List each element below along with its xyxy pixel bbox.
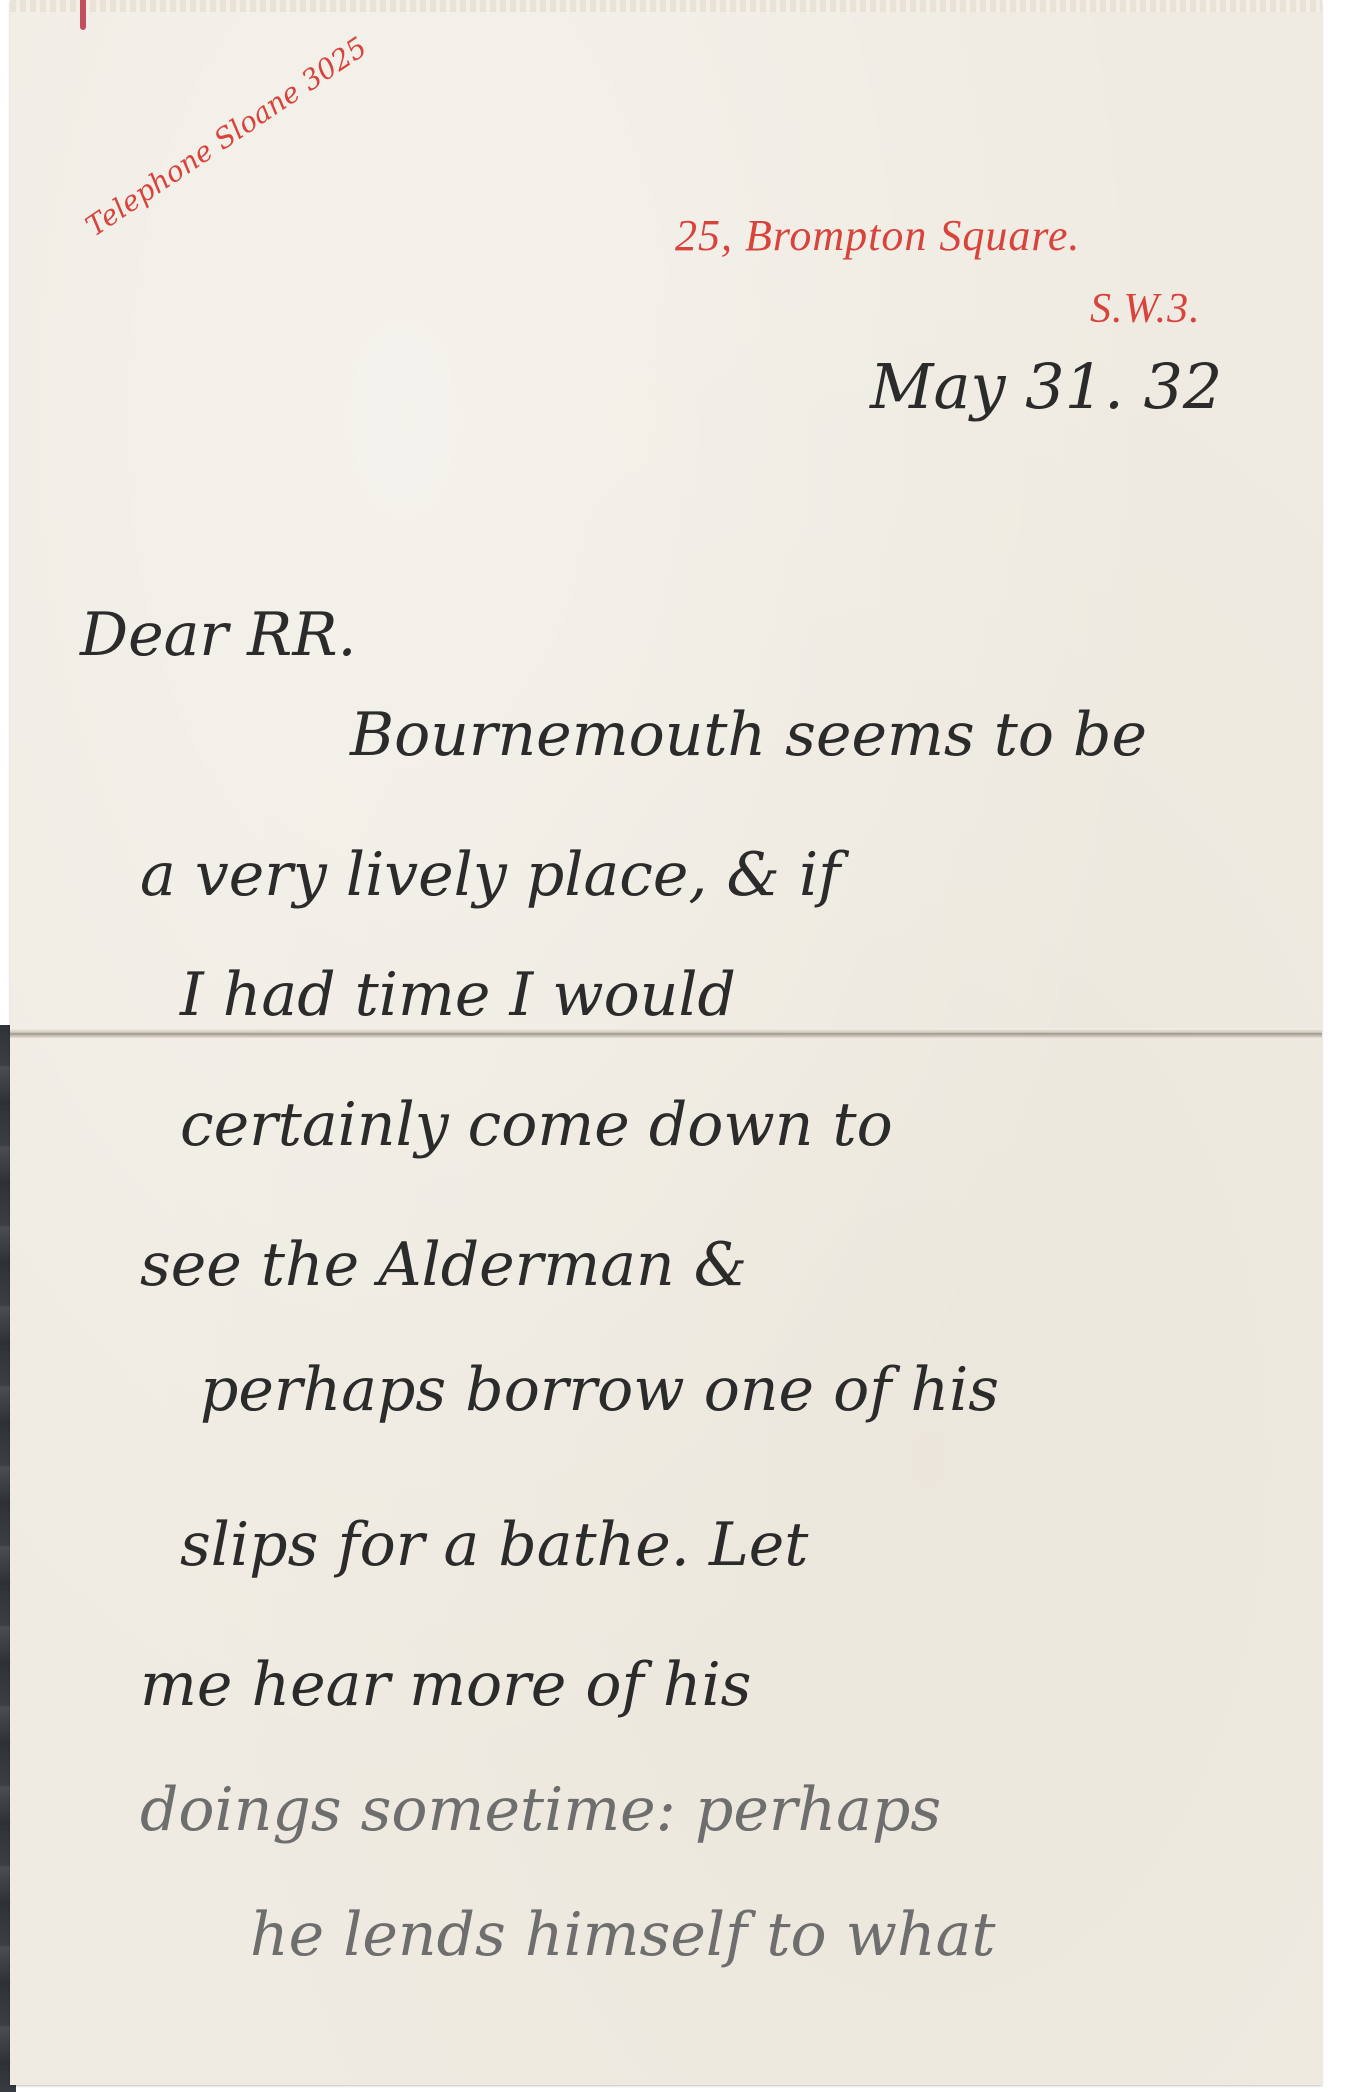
- letter-line: perhaps borrow one of his: [200, 1355, 999, 1425]
- letter-date: May 31. 32: [870, 350, 1222, 423]
- letter-salutation: Dear RR.: [80, 600, 357, 670]
- paper-top-edge: [10, 0, 1322, 12]
- letterhead-address: 25, Brompton Square.: [675, 210, 1080, 261]
- letter-line: see the Alderman &: [140, 1230, 747, 1300]
- letterhead-postcode: S.W.3.: [1090, 285, 1201, 333]
- paper-fold-crease: [10, 1028, 1322, 1038]
- letter-line: I had time I would: [180, 960, 736, 1030]
- letter-line: Bournemouth seems to be: [350, 700, 1147, 770]
- red-ink-mark: [80, 0, 86, 30]
- letterhead-telephone: Telephone Sloane 3025: [80, 30, 373, 243]
- letter-paper: Telephone Sloane 3025 25, Brompton Squar…: [10, 0, 1322, 2085]
- letter-line: slips for a bathe. Let: [180, 1510, 808, 1580]
- letter-line: certainly come down to: [180, 1090, 893, 1160]
- letter-line: a very lively place, & if: [140, 840, 840, 910]
- letter-line: doings sometime: perhaps: [140, 1775, 941, 1845]
- letter-line: he lends himself to what: [250, 1900, 996, 1970]
- letter-line: me hear more of his: [140, 1650, 751, 1720]
